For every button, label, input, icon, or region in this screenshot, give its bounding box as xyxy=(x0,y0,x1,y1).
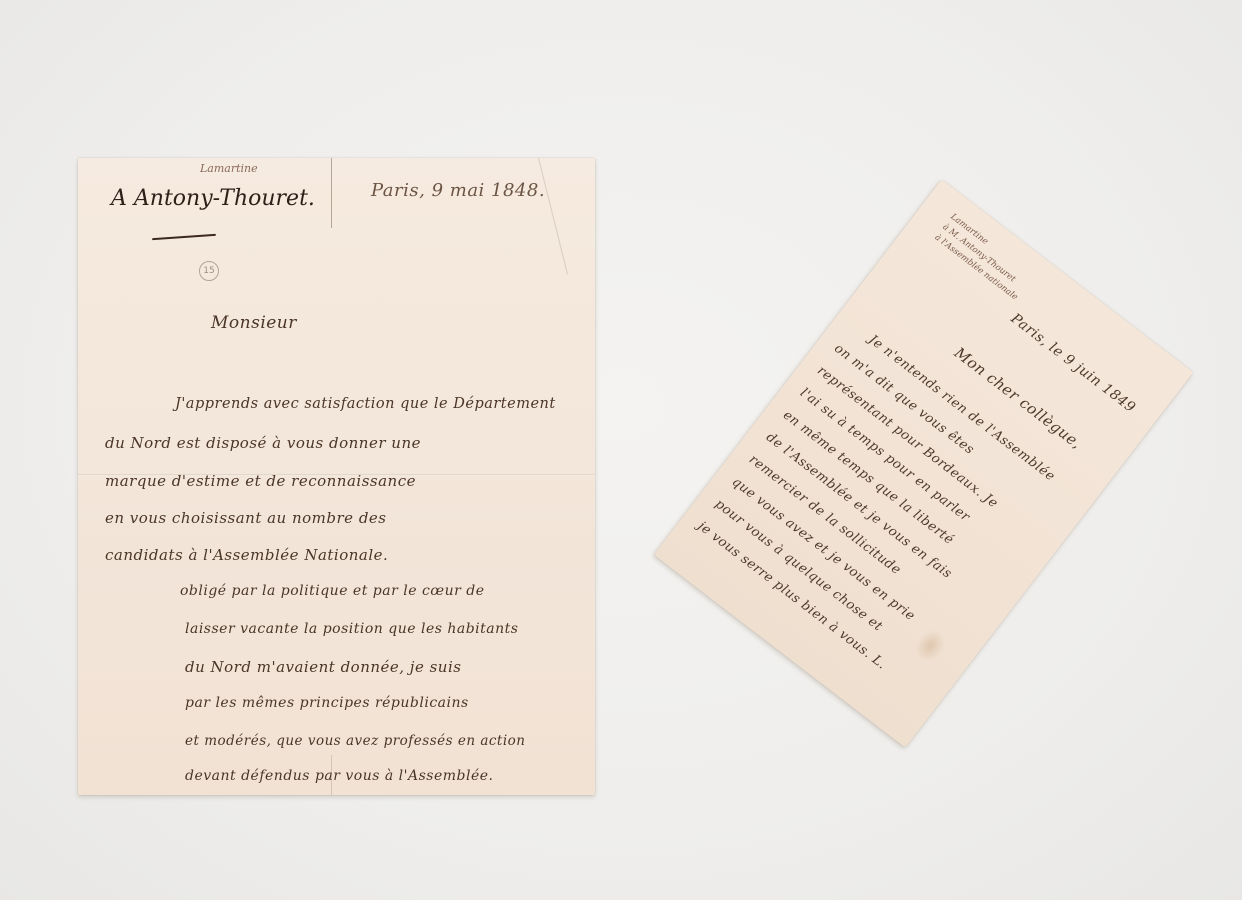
pencil-annotation: Lamartine xyxy=(200,162,258,175)
corner-crease xyxy=(538,158,568,275)
salutation: Monsieur xyxy=(211,313,297,333)
body-line-1: J'apprends avec satisfaction que le Dépa… xyxy=(175,396,556,412)
date-line: Paris, 9 mai 1848. xyxy=(371,180,545,201)
vertical-fold-top xyxy=(331,158,332,228)
body-line-2: du Nord est disposé à vous donner une xyxy=(105,434,421,452)
body-line-10: et modérés, que vous avez professés en a… xyxy=(185,733,526,749)
body-line-9: pour vous à quelque chose et xyxy=(712,497,885,635)
folio-number: 15 xyxy=(199,261,219,281)
letter-right: Lamartine à M. Antony-Thouret à l'Assemb… xyxy=(654,179,1193,747)
letter-left: Lamartine A Antony-Thouret. Paris, 9 mai… xyxy=(78,158,595,795)
underline xyxy=(152,234,216,240)
body-line-11: devant défendus par vous à l'Assemblée. xyxy=(185,768,494,784)
water-stain xyxy=(910,624,951,667)
body-line-8: du Nord m'avaient donnée, je suis xyxy=(185,658,461,676)
body-line-9: par les mêmes principes républicains xyxy=(185,695,469,711)
body-line-3: marque d'estime et de reconnaissance xyxy=(105,472,416,490)
addressee: A Antony-Thouret. xyxy=(111,186,315,211)
body-line-5: candidats à l'Assemblée Nationale. xyxy=(105,546,388,564)
body-line-7: laisser vacante la position que les habi… xyxy=(185,621,518,637)
body-line-4: en vous choisissant au nombre des xyxy=(105,509,387,527)
photo-scene: Lamartine A Antony-Thouret. Paris, 9 mai… xyxy=(0,0,1242,900)
body-line-6: obligé par la politique et par le cœur d… xyxy=(180,583,485,599)
